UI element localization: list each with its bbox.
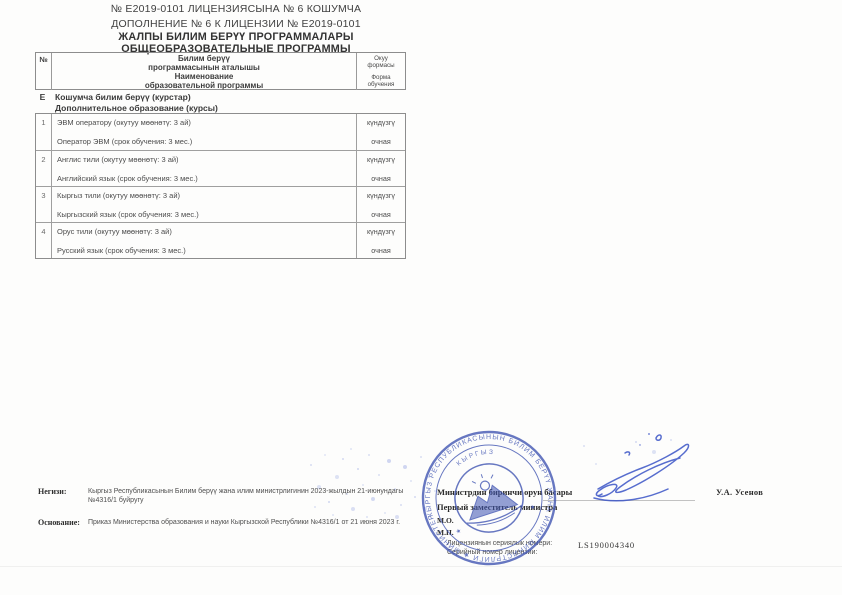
row-program-name: Кыргыз тили (окутуу мөөнөтү: 3 ай) Кыргы…: [51, 187, 357, 222]
col-header-name-ru-2: образовательной программы: [52, 81, 356, 90]
program-name-ru: Оператор ЭВМ (срок обучения: 3 мес.): [57, 137, 354, 146]
license-supplement-title-ru: ДОПОЛНЕНИЕ № 6 К ЛИЦЕНЗИИ № Е2019-0101: [40, 17, 432, 32]
study-form-ru: очная: [357, 210, 405, 219]
row-study-form: күндүзгү очная: [357, 114, 405, 150]
scan-artifact-line: [0, 566, 842, 567]
study-form-ru: очная: [357, 174, 405, 183]
program-name-ky: ЭВМ оператору (окутуу мөөнөтү: 3 ай): [57, 118, 354, 127]
study-form-ru: очная: [357, 246, 405, 255]
basis-row-ru: Основание: Приказ Министерства образован…: [38, 518, 430, 527]
signature-scribble: [592, 431, 712, 509]
col-header-program-name: Билим берүү программасынын аталышы Наиме…: [51, 53, 357, 90]
basis-row-ky: Негизи: Кыргыз Республикасынын Билим бер…: [38, 487, 430, 505]
programs-table: № Билим берүү программасынын аталышы Наи…: [35, 52, 406, 259]
table-row: 2 Англис тили (окутуу мөөнөтү: 3 ай) Анг…: [36, 150, 405, 186]
stamp-star-right: ★: [529, 503, 536, 511]
row-program-name: Англис тили (окутуу мөөнөтү: 3 ай) Англи…: [51, 151, 357, 186]
study-form-ky: күндүзгү: [357, 191, 405, 200]
col-header-number: №: [36, 53, 51, 90]
col-header-form-ru-1: Форма: [357, 74, 405, 81]
col-header-form-ky-2: формасы: [357, 62, 405, 69]
row-number: 3: [36, 187, 51, 222]
scanned-license-document: № Е2019-0101 ЛИЦЕНЗИЯСЫНА № 6 КОШУМЧА ДО…: [0, 0, 842, 595]
basis-text-ky: Кыргыз Республикасынын Билим берүү жана …: [88, 487, 418, 505]
basis-block: Негизи: Кыргыз Республикасынын Билим бер…: [38, 487, 430, 527]
row-study-form: күндүзгү очная: [357, 187, 405, 222]
col-header-name-ky-1: Билим берүү: [52, 54, 356, 63]
program-name-ru: Кыргызский язык (срок обучения: 3 мес.): [57, 210, 354, 219]
row-program-name: Орус тили (окутуу мөөнөтү: 3 ай) Русский…: [51, 223, 357, 258]
row-study-form: күндүзгү очная: [357, 223, 405, 258]
program-name-ky: Англис тили (окутуу мөөнөтү: 3 ай): [57, 155, 354, 164]
study-form-ru: очная: [357, 137, 405, 146]
stamp-star-left: ★: [455, 527, 462, 535]
serial-number-value: LS190004340: [578, 540, 635, 550]
program-name-ky: Кыргыз тили (окутуу мөөнөтү: 3 ай): [57, 191, 354, 200]
section-letter: Е: [35, 92, 50, 113]
study-form-ky: күндүзгү: [357, 118, 405, 127]
col-header-study-form: Окуу формасы Форма обучения: [357, 53, 405, 90]
table-row: 4 Орус тили (окутуу мөөнөтү: 3 ай) Русск…: [36, 222, 405, 258]
row-number: 2: [36, 151, 51, 186]
program-name-ky: Орус тили (окутуу мөөнөтү: 3 ай): [57, 227, 354, 236]
table-row: 1 ЭВМ оператору (окутуу мөөнөтү: 3 ай) О…: [36, 114, 405, 150]
study-form-ky: күндүзгү: [357, 227, 405, 236]
row-number: 4: [36, 223, 51, 258]
table-row: 3 Кыргыз тили (окутуу мөөнөтү: 3 ай) Кыр…: [36, 186, 405, 222]
basis-label-ru: Основание:: [38, 518, 88, 527]
document-header: № Е2019-0101 ЛИЦЕНЗИЯСЫНА № 6 КОШУМЧА ДО…: [40, 2, 432, 55]
program-name-ru: Русский язык (срок обучения: 3 мес.): [57, 246, 354, 255]
row-program-name: ЭВМ оператору (окутуу мөөнөтү: 3 ай) Опе…: [51, 114, 357, 150]
table-section-row: Е Кошумча билим берүү (курстар) Дополнит…: [35, 90, 406, 113]
col-header-form-ky-1: Окуу: [357, 55, 405, 62]
basis-label-ky: Негизи:: [38, 487, 88, 505]
ink-specks: [302, 446, 304, 448]
license-supplement-title-ky: № Е2019-0101 ЛИЦЕНЗИЯСЫНА № 6 КОШУМЧА: [40, 2, 432, 17]
signer-name: У.А. Усенов: [716, 487, 763, 497]
table-body: 1 ЭВМ оператору (окутуу мөөнөтү: 3 ай) О…: [35, 113, 406, 259]
program-name-ru: Английский язык (срок обучения: 3 мес.): [57, 174, 354, 183]
section-title-ky: Кошумча билим берүү (курстар): [55, 92, 358, 103]
section-title-ru: Дополнительное образование (курсы): [55, 103, 358, 114]
study-form-ky: күндүзгү: [357, 155, 405, 164]
section-empty-cell: [358, 92, 406, 113]
ink-specks-small: [575, 435, 577, 437]
row-study-form: күндүзгү очная: [357, 151, 405, 186]
programs-title-ky: ЖАЛПЫ БИЛИМ БЕРҮҮ ПРОГРАММАЛАРЫ: [40, 31, 432, 43]
section-title: Кошумча билим берүү (курстар) Дополнител…: [50, 92, 358, 113]
basis-text-ru: Приказ Министерства образования и науки …: [88, 518, 418, 527]
col-header-form-ru-2: обучения: [357, 81, 405, 88]
col-header-name-ky-2: программасынын аталышы: [52, 63, 356, 72]
col-header-name-ru-1: Наименование: [52, 72, 356, 81]
ministry-seal-stamp: КЫРГЫЗ РЕСПУБЛИКАСЫНЫН БИЛИМ БЕРҮҮ ЖАНА …: [417, 426, 561, 570]
row-number: 1: [36, 114, 51, 150]
table-header-row: № Билим берүү программасынын аталышы Наи…: [35, 52, 406, 90]
